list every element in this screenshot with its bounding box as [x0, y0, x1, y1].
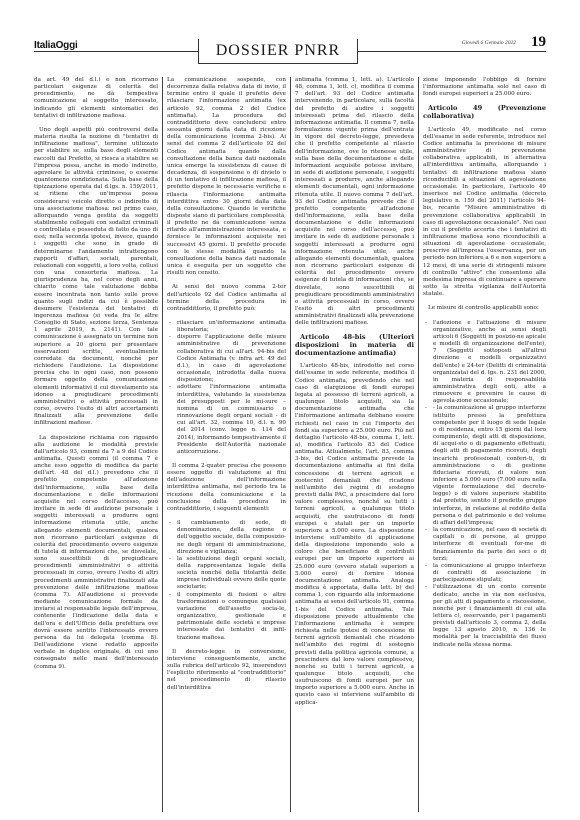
list-item: l'adozione e l'attuazione di misure orga… — [433, 320, 546, 406]
list-item: - la comunicazione al gruppo interforze … — [433, 405, 546, 527]
column-4: zione imponendo l'obbligo di fornire l'i… — [418, 77, 546, 812]
masthead: ItaliaOggi DOSSIER PNRR Giovedì 6 Gennai… — [34, 36, 546, 66]
paragraph: Uno degli aspetti più controversi della … — [34, 127, 158, 428]
paragraph: Le misure di controllo applicabili sono: — [423, 305, 546, 312]
paragraph: zione imponendo l'obbligo di fornire l'i… — [423, 77, 546, 98]
list-item: la comunicazione, nel caso di società di… — [433, 527, 546, 563]
header-rule-right — [357, 51, 546, 52]
subsection-heading: Articolo 49 (Prevenzione collaborativa) — [423, 105, 546, 120]
paragraph: La comunicazione sospende, con decorrenz… — [167, 77, 286, 277]
paragraph: da art. 49 del d.l.) e non ricorrano par… — [34, 77, 158, 120]
column-1: da art. 49 del d.l.) e non ricorrano par… — [34, 77, 162, 812]
newspaper-logo: ItaliaOggi — [34, 40, 78, 51]
column-3: antimafia (comma 1, lett. a). L'articolo… — [290, 77, 418, 812]
issue-date: Giovedì 6 Gennaio 2022 — [462, 40, 516, 46]
bullet-list: rilasciare un'informazione antimafia lib… — [167, 320, 286, 456]
paragraph: L'articolo 48-bis, introdotto nel corso … — [295, 363, 414, 707]
bullet-list: il cambiamento di sede, di denominazione… — [167, 520, 286, 642]
paragraph: L'articolo 49, modificato nel corso dell… — [423, 127, 546, 299]
paragraph: Ai sensi del nuovo comma 2-ter dell'arti… — [167, 284, 286, 313]
list-item: la comunicazione al gruppo interforze di… — [433, 563, 546, 584]
subsection-heading: Articolo 48-bis (Ulteriori disposizioni … — [295, 334, 414, 357]
list-item: disporre l'applicazione delle misure amm… — [177, 334, 286, 384]
paragraph: Il decreto-legge in conversione, intervi… — [167, 649, 286, 692]
article-body: da art. 49 del d.l.) e non ricorrano par… — [34, 77, 546, 812]
page-number: 19 — [531, 34, 546, 51]
header-rule-left — [34, 51, 199, 52]
section-title: DOSSIER PNRR — [198, 39, 358, 64]
list-item: il compimento di fusioni o altre trasfor… — [177, 592, 286, 642]
paragraph: antimafia (comma 1, lett. a). L'articolo… — [295, 77, 414, 327]
list-item: l'utilizzazione di un conto corrente ded… — [433, 584, 546, 648]
list-item: adottare l'informazione antimafia interd… — [177, 384, 286, 456]
list-item: il cambiamento di sede, di denominazione… — [177, 520, 286, 556]
list-item: la sostituzione degli organi sociali, de… — [177, 556, 286, 592]
column-2: La comunicazione sospende, con decorrenz… — [162, 77, 290, 812]
bullet-list: l'adozione e l'attuazione di misure orga… — [423, 320, 546, 649]
paragraph: La disposizione richiama con riguardo al… — [34, 435, 158, 671]
paragraph: Il comma 2-quater precisa che possono es… — [167, 463, 286, 513]
list-item: rilasciare un'informazione antimafia lib… — [177, 320, 286, 334]
